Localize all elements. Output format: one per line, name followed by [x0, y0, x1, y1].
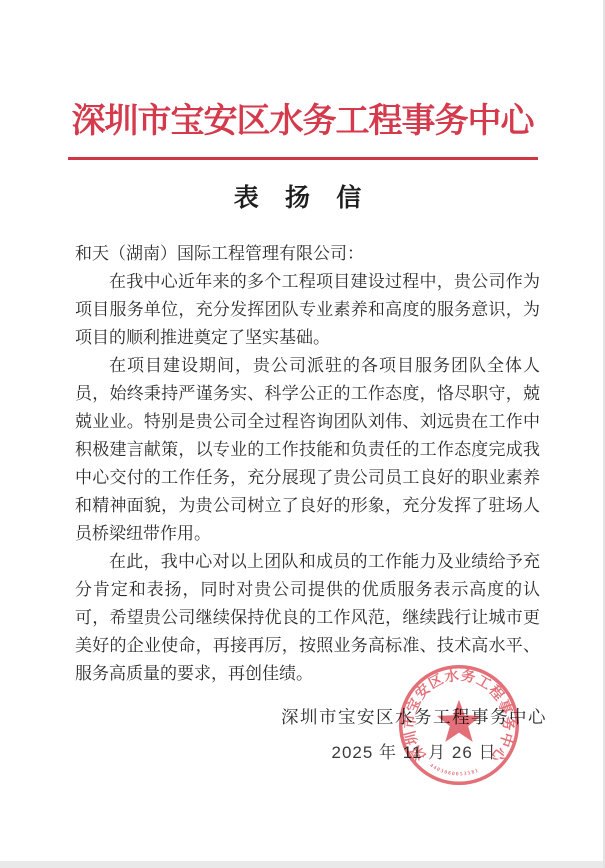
signature-date: 2025 年 11 月 26 日	[281, 740, 547, 766]
signature-area: 深圳市宝安区水务工程事务中心 2025 年 11 月 26 日	[0, 704, 605, 766]
signature-block: 深圳市宝安区水务工程事务中心 2025 年 11 月 26 日	[281, 704, 547, 766]
scan-edge-artifact-bottom	[0, 861, 605, 868]
letter-page: 深圳市宝安区水务工程事务中心 表 扬 信 和天（湖南）国际工程管理有限公司： 在…	[0, 0, 605, 868]
signature-org: 深圳市宝安区水务工程事务中心	[281, 704, 547, 730]
letter-title: 表 扬 信	[0, 178, 605, 214]
letterhead-rule	[68, 157, 538, 160]
salutation: 和天（湖南）国际工程管理有限公司：	[75, 240, 540, 268]
body-paragraph-2: 在项目建设期间，贵公司派驻的各项目服务团队全体人员，始终秉持严谨务实、科学公正的…	[75, 352, 540, 548]
body-paragraph-3: 在此，我中心对以上团队和成员的工作能力及业绩给予充分肯定和表扬，同时对贵公司提供…	[75, 548, 540, 688]
letter-body: 和天（湖南）国际工程管理有限公司： 在我中心近年来的多个工程项目建设过程中，贵公…	[75, 240, 540, 688]
body-paragraph-1: 在我中心近年来的多个工程项目建设过程中，贵公司作为项目服务单位，充分发挥团队专业…	[75, 268, 540, 352]
letterhead-org-title: 深圳市宝安区水务工程事务中心	[0, 100, 605, 144]
